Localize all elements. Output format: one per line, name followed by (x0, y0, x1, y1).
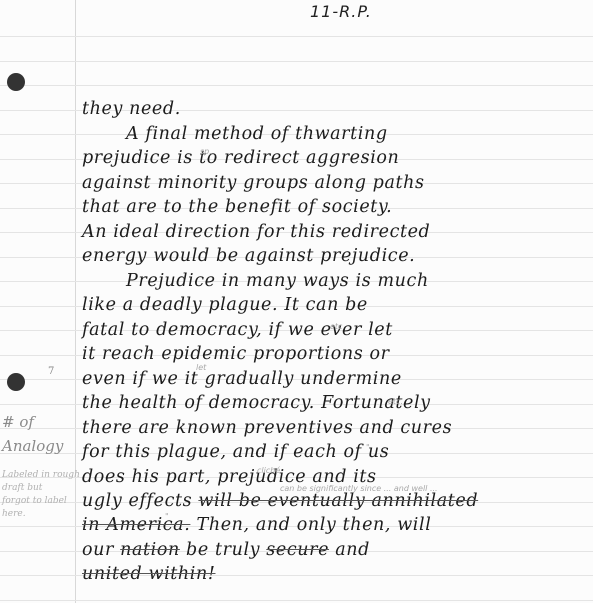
text-line-11: even if we it gradually undermine (82, 369, 402, 389)
annotation-spelling: sp. (200, 147, 212, 156)
annotation-effects: can be significantly since ... and well … (280, 484, 438, 493)
page-header-code: 11-R.P. (310, 2, 372, 21)
text-line-5: An ideal direction for this redirected (82, 222, 430, 242)
text-segment: ugly effects (82, 491, 198, 511)
annotation-etc-2: etc. (388, 397, 403, 406)
ruled-line (0, 61, 593, 62)
text-segment: be truly (180, 540, 266, 560)
struck-text: united within! (82, 564, 215, 584)
text-line-7: Prejudice in many ways is much (126, 271, 429, 291)
struck-text: will be eventually annihilated (198, 491, 478, 511)
ruled-line (0, 36, 593, 37)
margin-mark: 7 (48, 366, 54, 377)
text-line-16: ugly effects will be eventually annihila… (82, 491, 478, 511)
text-line-0: they need. (82, 99, 181, 119)
side-note-title-1: # of (2, 413, 34, 431)
text-line-8: like a deadly plague. It can be (82, 295, 368, 315)
text-line-13: there are known preventives and cures (82, 418, 452, 438)
side-note-line: Labeled in rough (2, 470, 80, 480)
text-line-2: prejudice is to redirect aggresion (82, 148, 399, 168)
text-line-4: that are to the benefit of society. (82, 197, 392, 217)
text-line-6: energy would be against prejudice. (82, 246, 415, 266)
margin-line (75, 0, 76, 603)
annotation-cliche: cliché (257, 466, 280, 475)
side-note-title-2: Analogy (2, 437, 63, 455)
text-line-9: fatal to democracy, if we ever let (82, 320, 393, 340)
text-line-19: united within! (82, 564, 215, 584)
text-line-3: against minority groups along paths (82, 173, 425, 193)
struck-text: secure (266, 540, 329, 560)
ruled-line (0, 600, 593, 601)
ruled-line (0, 85, 593, 86)
text-line-10: it reach epidemic proportions or (82, 344, 390, 364)
text-segment: and (329, 540, 370, 560)
side-note-line: draft but (2, 483, 42, 493)
annotation-quote: " (366, 443, 370, 452)
text-segment: our (82, 540, 120, 560)
binder-hole-top (7, 73, 25, 91)
binder-hole-middle (7, 373, 25, 391)
side-note-line: here. (2, 509, 26, 519)
text-line-14: for this plague, and if each of us (82, 442, 389, 462)
struck-text: in America. (82, 515, 190, 535)
struck-text: nation (120, 540, 180, 560)
annotation-insert-let: let (196, 363, 206, 372)
side-note-line: forgot to label (2, 496, 67, 506)
text-line-17: in America. Then, and only then, will (82, 515, 431, 535)
annotation-etc: etc. (330, 322, 345, 331)
text-line-1: A final method of thwarting (126, 124, 388, 144)
notebook-page: 11-R.P. they need.A final method of thwa… (0, 0, 593, 603)
text-line-18: our nation be truly secure and (82, 540, 370, 560)
annotation-then: " (165, 512, 169, 521)
text-line-12: the health of democracy. Fortunately (82, 393, 431, 413)
text-segment: Then, and only then, will (190, 515, 431, 535)
